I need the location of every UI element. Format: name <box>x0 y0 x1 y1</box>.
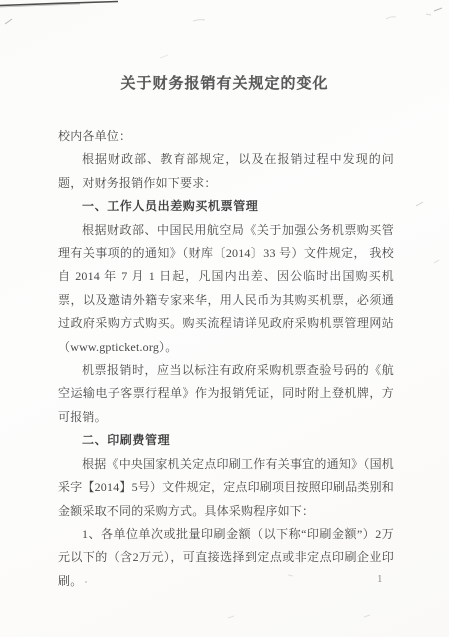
speck <box>228 616 234 618</box>
speck <box>434 8 442 11</box>
section-1-heading: 一、工作人员出差购买机票管理 <box>58 195 394 218</box>
page-number: 1 <box>377 573 383 585</box>
salutation: 校内各单位： <box>58 125 394 148</box>
speck <box>160 55 168 58</box>
section-2-heading: 二、印刷费管理 <box>58 429 394 452</box>
intro-paragraph: 根据财政部、教育部规定，以及在报销过程中发现的问题，对财务报销作如下要求： <box>58 148 394 195</box>
document-title: 关于财务报销有关规定的变化 <box>0 72 449 93</box>
speck <box>426 14 431 15</box>
scanned-document-page: 关于财务报销有关规定的变化 校内各单位： 根据财政部、教育部规定，以及在报销过程… <box>0 0 449 637</box>
section-2-paragraph-1: 根据《中央国家机关定点印刷工作有关事宜的通知》（国机采字【2014】5号）文件规… <box>58 453 394 523</box>
section-1-paragraph-2: 机票报销时，应当以标注有政府采购机票查验号码的《航空运输电子客票行程单》作为报销… <box>58 359 394 429</box>
speck <box>364 615 370 617</box>
speck <box>193 20 205 21</box>
speck <box>386 17 396 19</box>
speck <box>434 260 439 263</box>
scan-edge-shadow <box>0 4 80 7</box>
section-2-paragraph-2: 1、各单位单次或批量印刷金额（以下称“印刷金额”）2万元以下的（含2万元），可直… <box>58 523 394 593</box>
scan-edge-line <box>0 2 118 6</box>
section-1-paragraph-1: 根据财政部、中国民用航空局《关于加强公务机票购买管理有关事项的的通知》（财库〔2… <box>58 219 394 359</box>
document-body: 校内各单位： 根据财政部、教育部规定，以及在报销过程中发现的问题，对财务报销作如… <box>58 125 394 593</box>
speck <box>5 19 12 24</box>
speck <box>416 202 423 206</box>
